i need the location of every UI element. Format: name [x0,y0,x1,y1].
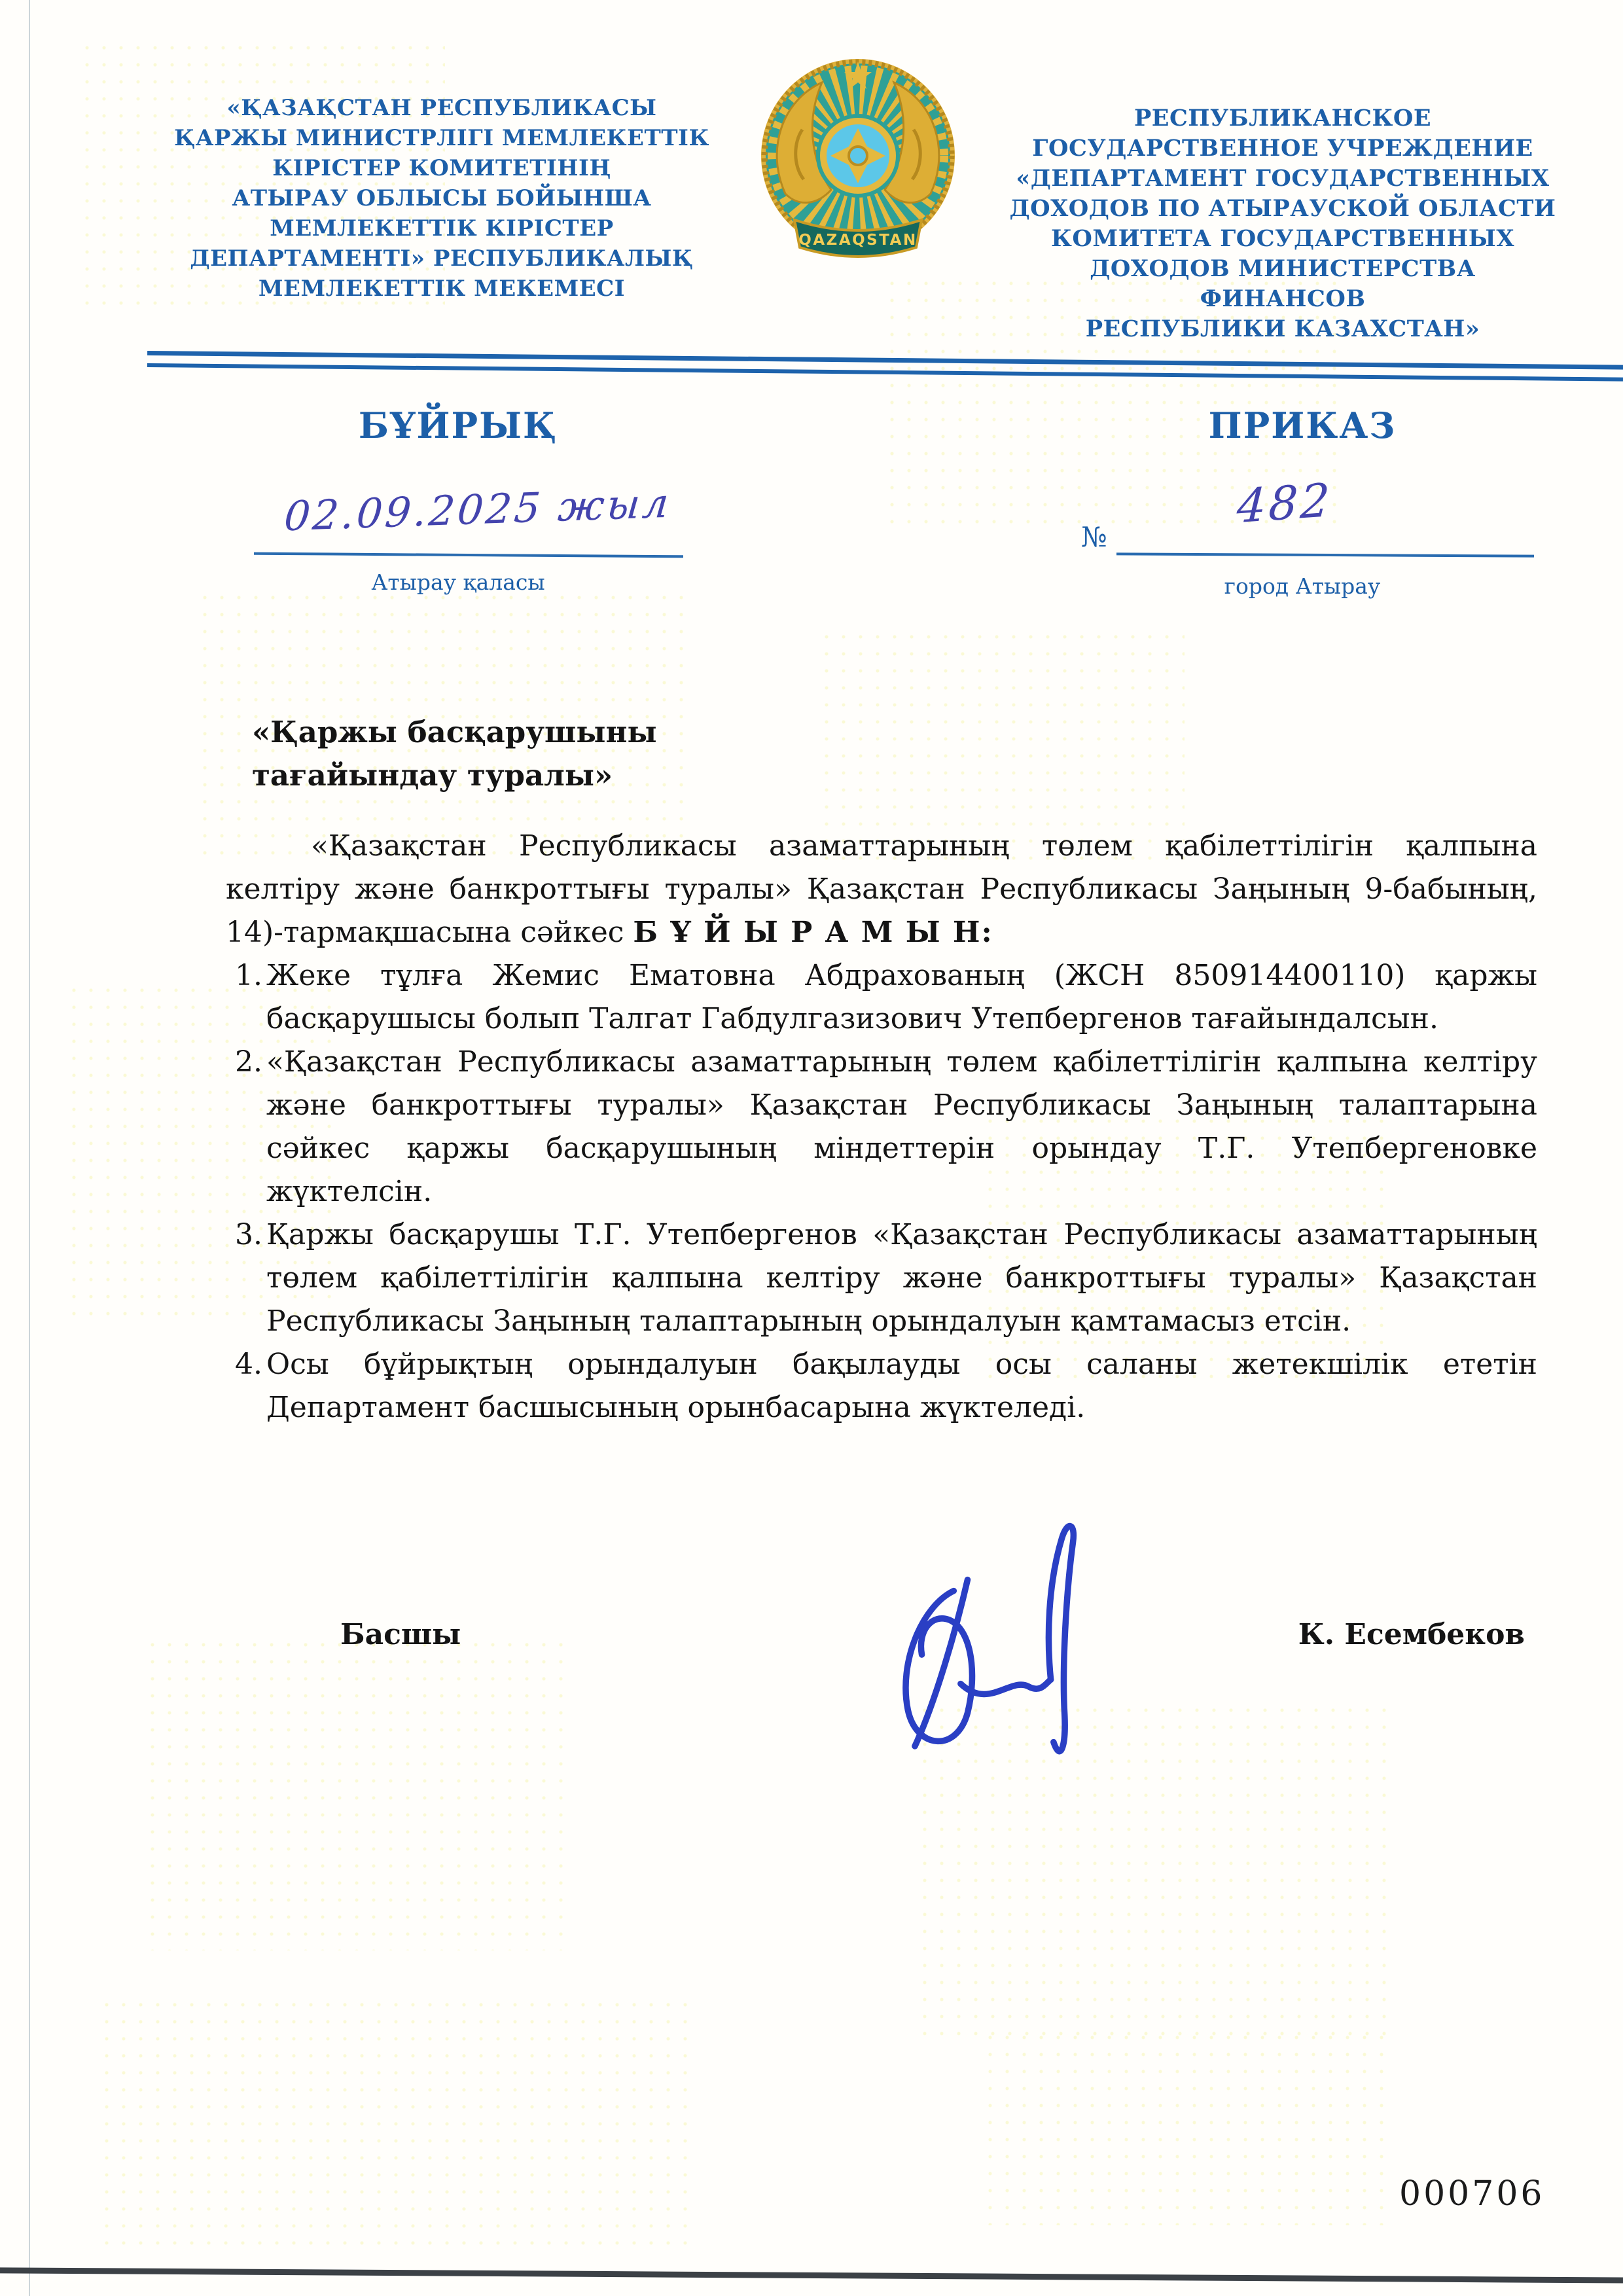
order-title-kk: БҰЙРЫҚ [223,404,694,446]
intro-directive: Б Ұ Й Ы Р А М Ы Н: [633,916,993,949]
order-number-handwritten: 482 [1236,473,1334,534]
item-text: Қаржы басқарушы Т.Г. Утепбергенов «Қазақ… [266,1218,1537,1338]
item-number: 3. [235,1213,262,1257]
order-city-ru: город Атырау [1067,573,1538,599]
number-sign: № [1081,521,1107,553]
order-items: 1.Жеке тұлға Жемис Ематовна Абдрахованың… [226,954,1537,1429]
watermark-pattern [144,1636,563,1950]
header-separator [147,351,1623,382]
item-text: Осы бұйрықтың орындалуын бақылауды осы с… [266,1348,1537,1424]
order-item: 3.Қаржы басқарушы Т.Г. Утепбергенов «Қаз… [226,1213,1537,1343]
order-item: 1.Жеке тұлға Жемис Ематовна Абдрахованың… [226,954,1537,1041]
signature-handwritten-icon [817,1502,1131,1793]
date-underline [254,552,683,558]
signatory-name: К. Есембеков [1243,1618,1525,1651]
order-body: «Қазақстан Республикасы азаматтарының тө… [226,825,1537,1429]
document-page: «ҚАЗАҚСТАН РЕСПУБЛИКАСЫ ҚАРЖЫ МИНИСТРЛІГ… [0,0,1623,2296]
item-number: 2. [235,1041,262,1084]
order-item: 4.Осы бұйрықтың орындалуын бақылауды осы… [226,1343,1537,1429]
letterhead-russian: РЕСПУБЛИКАНСКОЕ ГОСУДАРСТВЕННОЕ УЧРЕЖДЕН… [1008,103,1558,344]
item-number: 4. [235,1343,262,1386]
order-item: 2.«Қазақстан Республикасы азаматтарының … [226,1041,1537,1213]
item-text: Жеке тұлға Жемис Ематовна Абдрахованың (… [266,959,1537,1035]
order-intro: «Қазақстан Республикасы азаматтарының тө… [226,825,1537,954]
watermark-pattern [98,1996,687,2245]
scan-edge-bottom [0,2267,1623,2284]
item-text: «Қазақстан Республикасы азаматтарының тө… [266,1045,1537,1208]
kazakhstan-emblem-icon: QAZAQSTAN [756,51,960,267]
order-date-handwritten: 02.09.2025 жыл [260,478,696,541]
emblem-banner-text: QAZAQSTAN [798,232,917,249]
watermark-pattern [982,2029,1387,2225]
order-title-ru: ПРИКАЗ [1067,404,1538,446]
letterhead-kazakh: «ҚАЗАҚСТАН РЕСПУБЛИКАСЫ ҚАРЖЫ МИНИСТРЛІГ… [170,93,713,304]
signatory-position: Басшы [340,1618,461,1651]
number-underline [1116,552,1534,557]
scan-edge-left [29,0,30,2296]
order-subject: «Қаржы басқарушыны тағайындау туралы» [252,711,1103,797]
order-city-kk: Атырау қаласы [223,569,694,595]
form-number: 000706 [1399,2174,1545,2214]
item-number: 1. [235,954,262,997]
